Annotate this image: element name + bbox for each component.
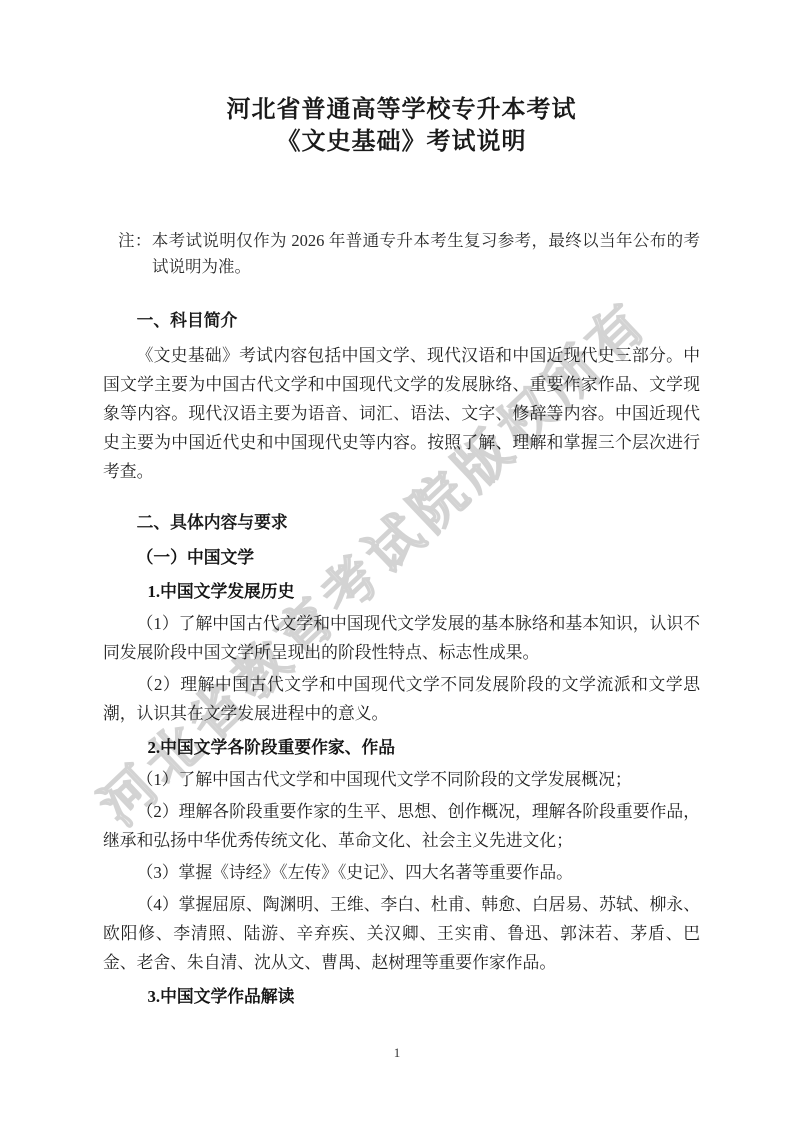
document-page: 河北省教育考试院版权所有 河北省普通高等学校专升本考试 《文史基础》考试说明 注… xyxy=(0,0,794,1123)
topic-heading-important-writers-works: 2.中国文学各阶段重要作家、作品 xyxy=(103,733,700,762)
section-heading-subject-intro: 一、科目简介 xyxy=(103,306,700,335)
topic2-paragraph-1: （1）了解中国古代文学和中国现代文学不同阶段的文学发展概况； xyxy=(103,765,700,794)
exam-note: 注：本考试说明仅作为 2026 年普通专升本考生复习参考，最终以当年公布的考试说… xyxy=(118,228,700,280)
topic2-paragraph-4: （4）掌握屈原、陶渊明、王维、李白、杜甫、韩愈、白居易、苏轼、柳永、欧阳修、李清… xyxy=(103,890,700,977)
topic1-paragraph-1: （1）了解中国古代文学和中国现代文学发展的基本脉络和基本知识，认识不同发展阶段中… xyxy=(103,609,700,667)
subsection-heading-chinese-literature: （一）中国文学 xyxy=(103,543,700,572)
topic-heading-literature-history: 1.中国文学发展历史 xyxy=(103,577,700,606)
topic1-paragraph-2: （2）理解中国古代文学和中国现代文学不同发展阶段的文学流派和文学思潮，认识其在文… xyxy=(103,670,700,728)
subject-intro-paragraph: 《文史基础》考试内容包括中国文学、现代汉语和中国近现代史三部分。中国文学主要为中… xyxy=(103,341,700,486)
topic2-paragraph-2: （2）理解各阶段重要作家的生平、思想、创作概况，理解各阶段重要作品，继承和弘扬中… xyxy=(103,797,700,855)
document-content: 河北省普通高等学校专升本考试 《文史基础》考试说明 注：本考试说明仅作为 202… xyxy=(103,0,700,1011)
topic2-paragraph-3: （3）掌握《诗经》《左传》《史记》、四大名著等重要作品。 xyxy=(103,858,700,887)
section-heading-content-requirements: 二、具体内容与要求 xyxy=(103,508,700,537)
page-number: 1 xyxy=(0,1045,794,1061)
document-title-line1: 河北省普通高等学校专升本考试 xyxy=(103,94,700,126)
document-title-line2: 《文史基础》考试说明 xyxy=(103,126,700,158)
topic-heading-works-interpretation: 3.中国文学作品解读 xyxy=(103,982,700,1011)
document-title: 河北省普通高等学校专升本考试 《文史基础》考试说明 xyxy=(103,94,700,158)
